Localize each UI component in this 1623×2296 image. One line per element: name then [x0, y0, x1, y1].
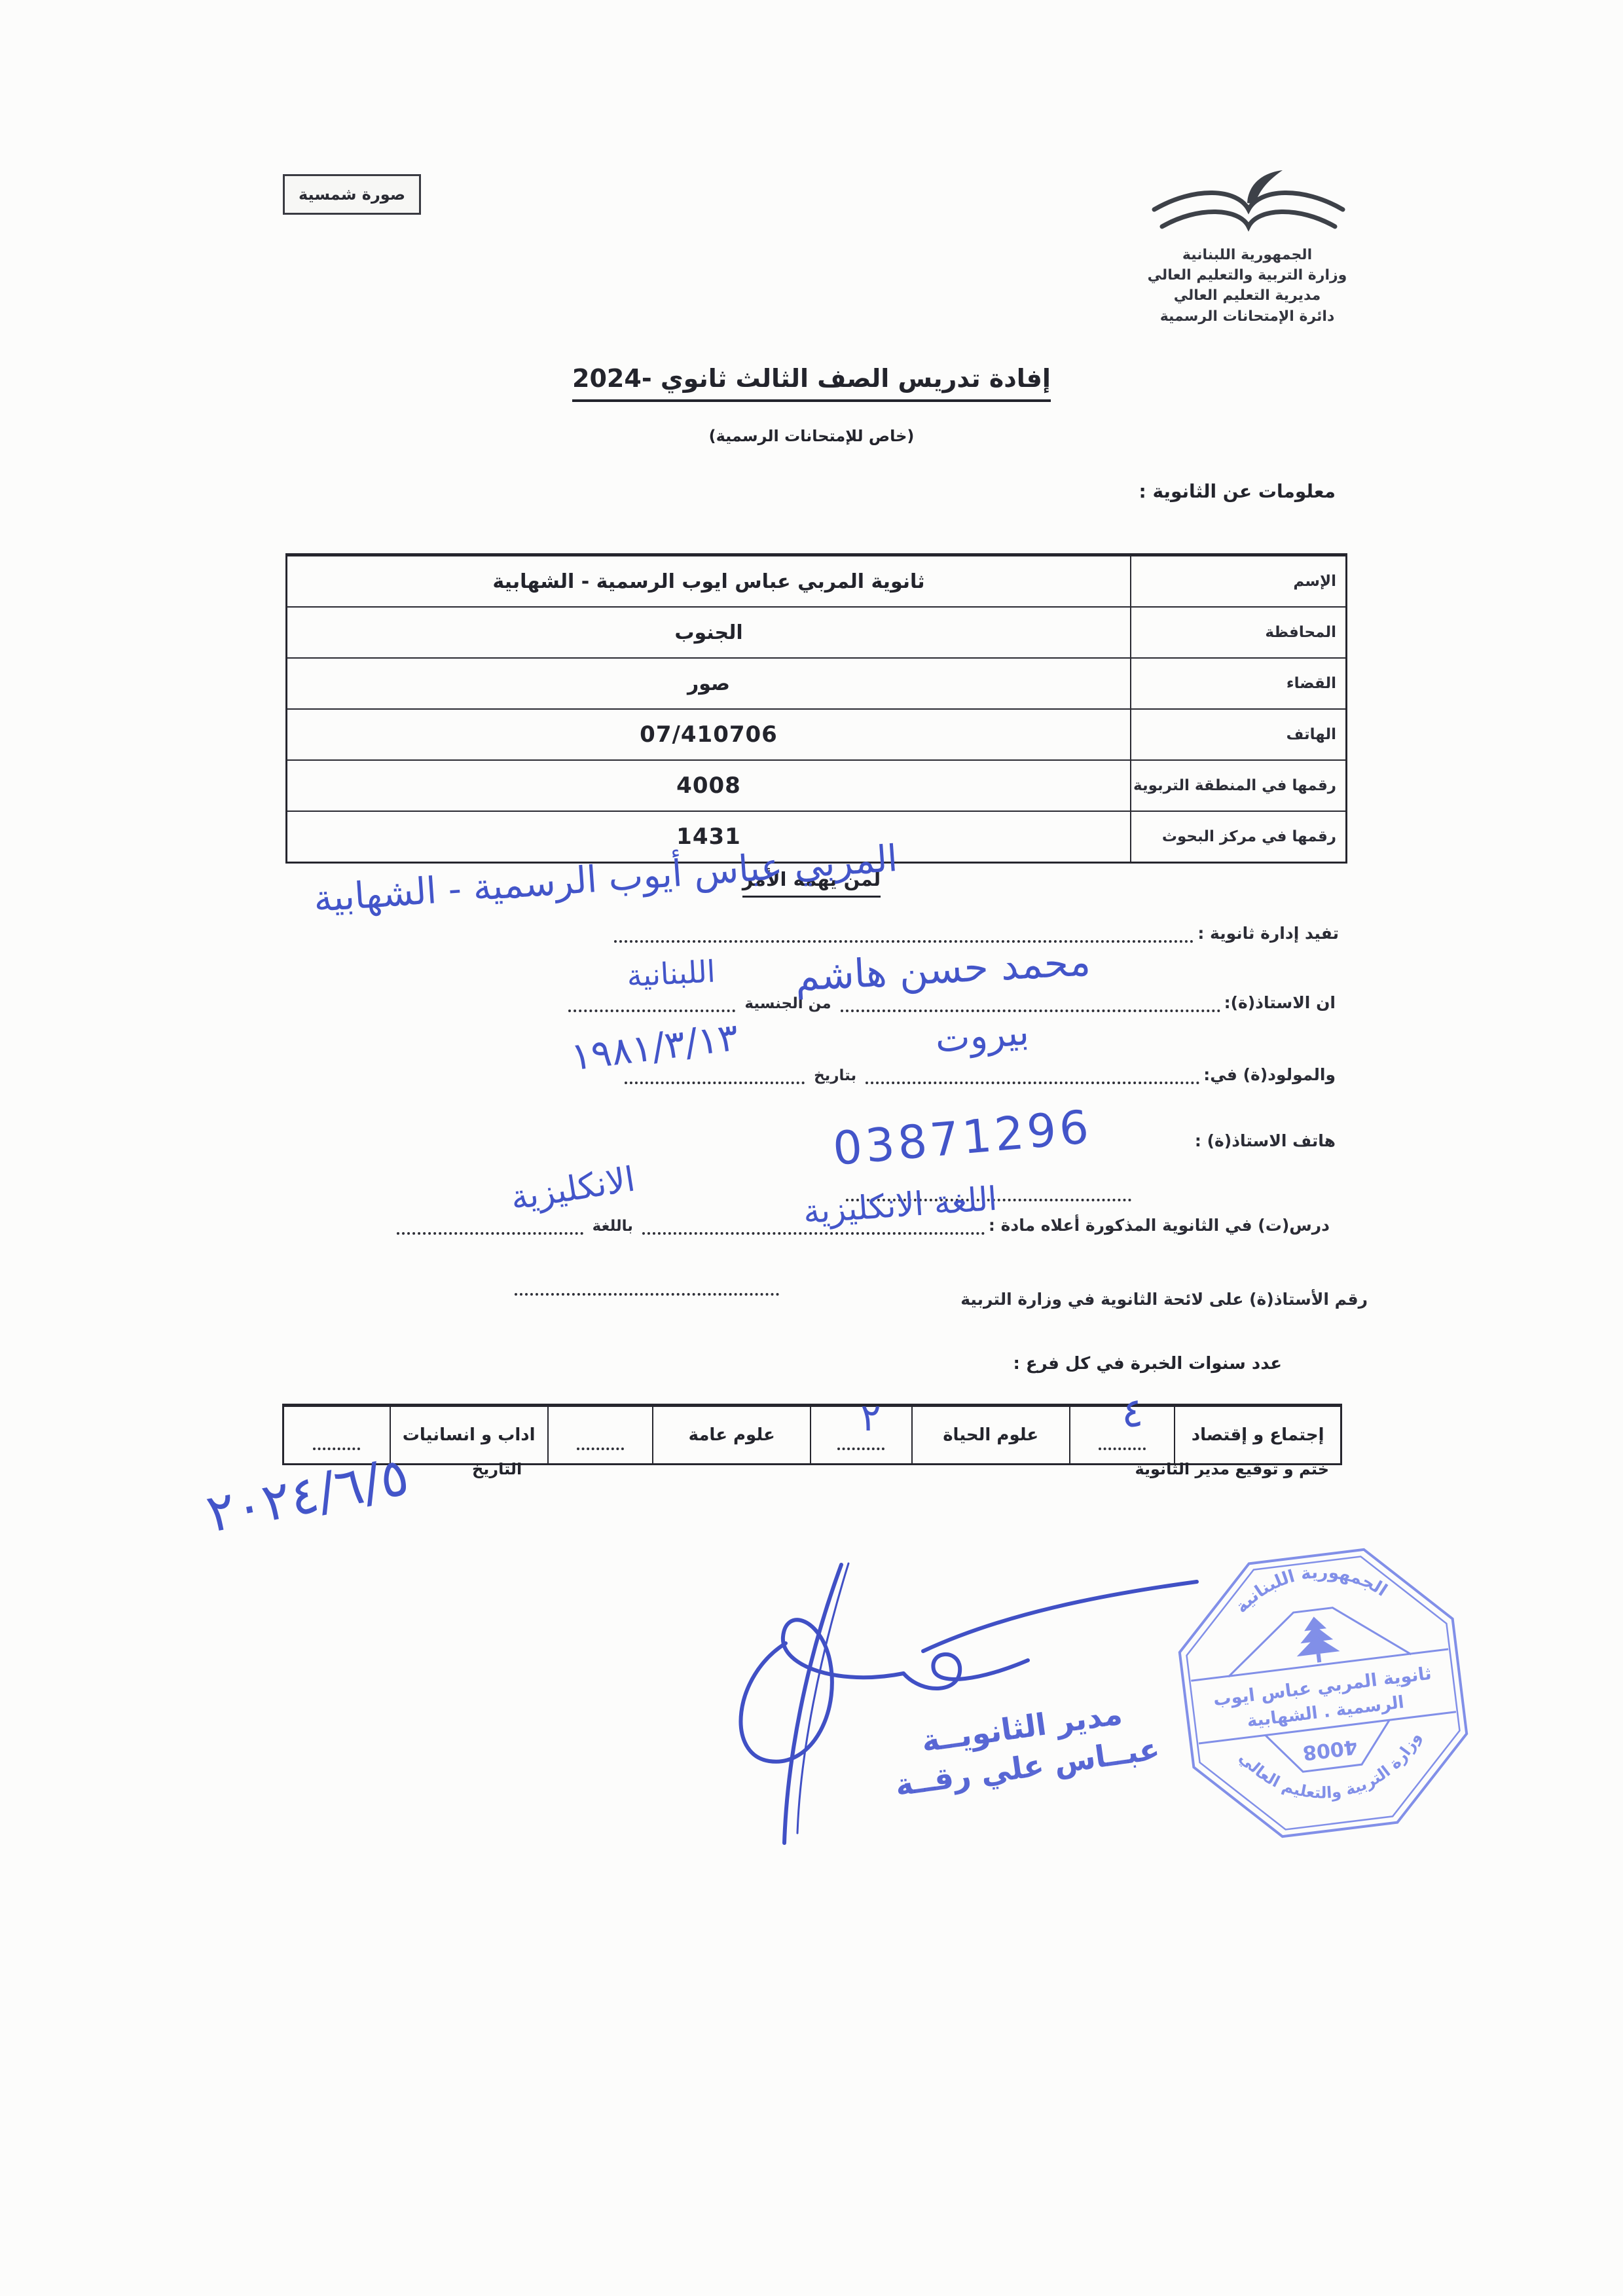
language-label: باللغة	[593, 1218, 633, 1235]
quill-icon	[1247, 170, 1283, 204]
exp-label-life-sciences: علوم الحياة	[913, 1407, 1070, 1463]
birth-label: والمولود(ة) في:	[1203, 1065, 1336, 1084]
field-school-admin: تفيد إدارة ثانوية :	[610, 918, 1339, 943]
dotted-line	[577, 1448, 624, 1450]
info-label-name: الإسم	[1131, 555, 1347, 608]
dotted-line	[837, 1448, 884, 1450]
ministry-line-directorate: مديرية التعليم العالي	[1077, 285, 1417, 306]
info-label-phone: الهاتف	[1131, 709, 1347, 760]
ministry-header: الجمهورية اللبنانية وزارة التربية والتعل…	[1077, 169, 1417, 327]
dotted-line	[1099, 1448, 1146, 1450]
school-octagon-stamp: الجمهورية اللبنانية ثانوية المربي عباس ا…	[1165, 1534, 1481, 1851]
roster-label: رقم الأستاذ(ة) على لائحة الثانوية في وزا…	[960, 1290, 1368, 1309]
school-info-table: الإسم ثانوية المربي عباس ايوب الرسمية - …	[285, 553, 1347, 864]
stamp-signature-label: ختم و توقيع مدير الثانوية	[1135, 1460, 1329, 1478]
ministry-line-republic: الجمهورية اللبنانية	[1077, 245, 1417, 265]
table-row: الإسم ثانوية المربي عباس ايوب الرسمية - …	[287, 555, 1347, 608]
info-value-edu-zone-number: 4008	[287, 760, 1131, 811]
subject-label: درس(ت) في الثانوية المذكورة أعلاه مادة :	[989, 1216, 1330, 1235]
dotted-line	[866, 1059, 1199, 1084]
field-phone: هاتف الاستاذ(ة) :	[1195, 1131, 1336, 1150]
dotted-line	[515, 1293, 779, 1296]
dotted-line	[313, 1448, 360, 1450]
table-row: رقمها في المنطقة التربوية 4008	[287, 760, 1347, 811]
exp-value-general-sciences	[549, 1407, 654, 1463]
phone-label: هاتف الاستاذ(ة) :	[1195, 1131, 1336, 1150]
field-birth: والمولود(ة) في: بتاريخ	[621, 1059, 1336, 1084]
handwritten-exp-life-sciences: ٢	[822, 1397, 920, 1439]
handwritten-birth-place: بيروت	[889, 1008, 1075, 1065]
ministry-line-ministry: وزارة التربية والتعليم العالي	[1077, 265, 1417, 285]
handwritten-phone: 03871296	[820, 1101, 1104, 1175]
info-label-district: القضاء	[1131, 658, 1347, 709]
info-value-phone: 07/410706	[287, 709, 1131, 760]
cedar-tree-icon	[1292, 1614, 1341, 1665]
table-row: القضاء صور	[287, 658, 1347, 709]
field-roster-number: رقم الأستاذ(ة) على لائحة الثانوية في وزا…	[960, 1290, 1368, 1309]
birth-date-label: بتاريخ	[814, 1067, 856, 1084]
info-label-governorate: المحافظة	[1131, 607, 1347, 658]
info-label-edu-zone-number: رقمها في المنطقة التربوية	[1131, 760, 1347, 811]
document-subtitle: (خاص للإمتحانات الرسمية)	[709, 427, 915, 445]
handwritten-exp-socio-economics: ٤	[1084, 1391, 1182, 1435]
table-row: المحافظة الجنوب	[287, 607, 1347, 658]
school-info-heading: معلومات عن الثانوية :	[1139, 481, 1336, 502]
info-value-district: صور	[287, 658, 1131, 709]
ministry-line-exams-dept: دائرة الإمتحانات الرسمية	[1077, 306, 1417, 327]
exp-label-socio-economics: إجتماع و إقتصاد	[1175, 1407, 1340, 1463]
school-admin-label: تفيد إدارة ثانوية :	[1197, 924, 1339, 943]
exp-label-general-sciences: علوم عامة	[653, 1407, 811, 1463]
table-row: الهاتف 07/410706	[287, 709, 1347, 760]
photo-placeholder-box: صورة شمسية	[283, 174, 421, 215]
photo-box-label: صورة شمسية	[299, 185, 405, 204]
scanned-form-page: صورة شمسية الجمهورية اللبنانية وزارة الت…	[0, 0, 1623, 2296]
document-title: إفادة تدريس الصف الثالث ثانوي -2024	[572, 364, 1051, 402]
stamp-school-number: 4008	[1302, 1735, 1359, 1764]
info-value-name: ثانوية المربي عباس ايوب الرسمية - الشهاب…	[287, 555, 1131, 608]
info-label-research-center-number: رقمها في مركز البحوث	[1131, 811, 1347, 863]
open-book-logo-icon	[1149, 169, 1345, 242]
teacher-label: ان الاستاذ(ة):	[1224, 993, 1336, 1012]
date-label: التاريخ	[472, 1460, 522, 1478]
info-value-governorate: الجنوب	[287, 607, 1131, 658]
experience-heading: عدد سنوات الخبرة في كل فرع :	[1013, 1354, 1282, 1374]
